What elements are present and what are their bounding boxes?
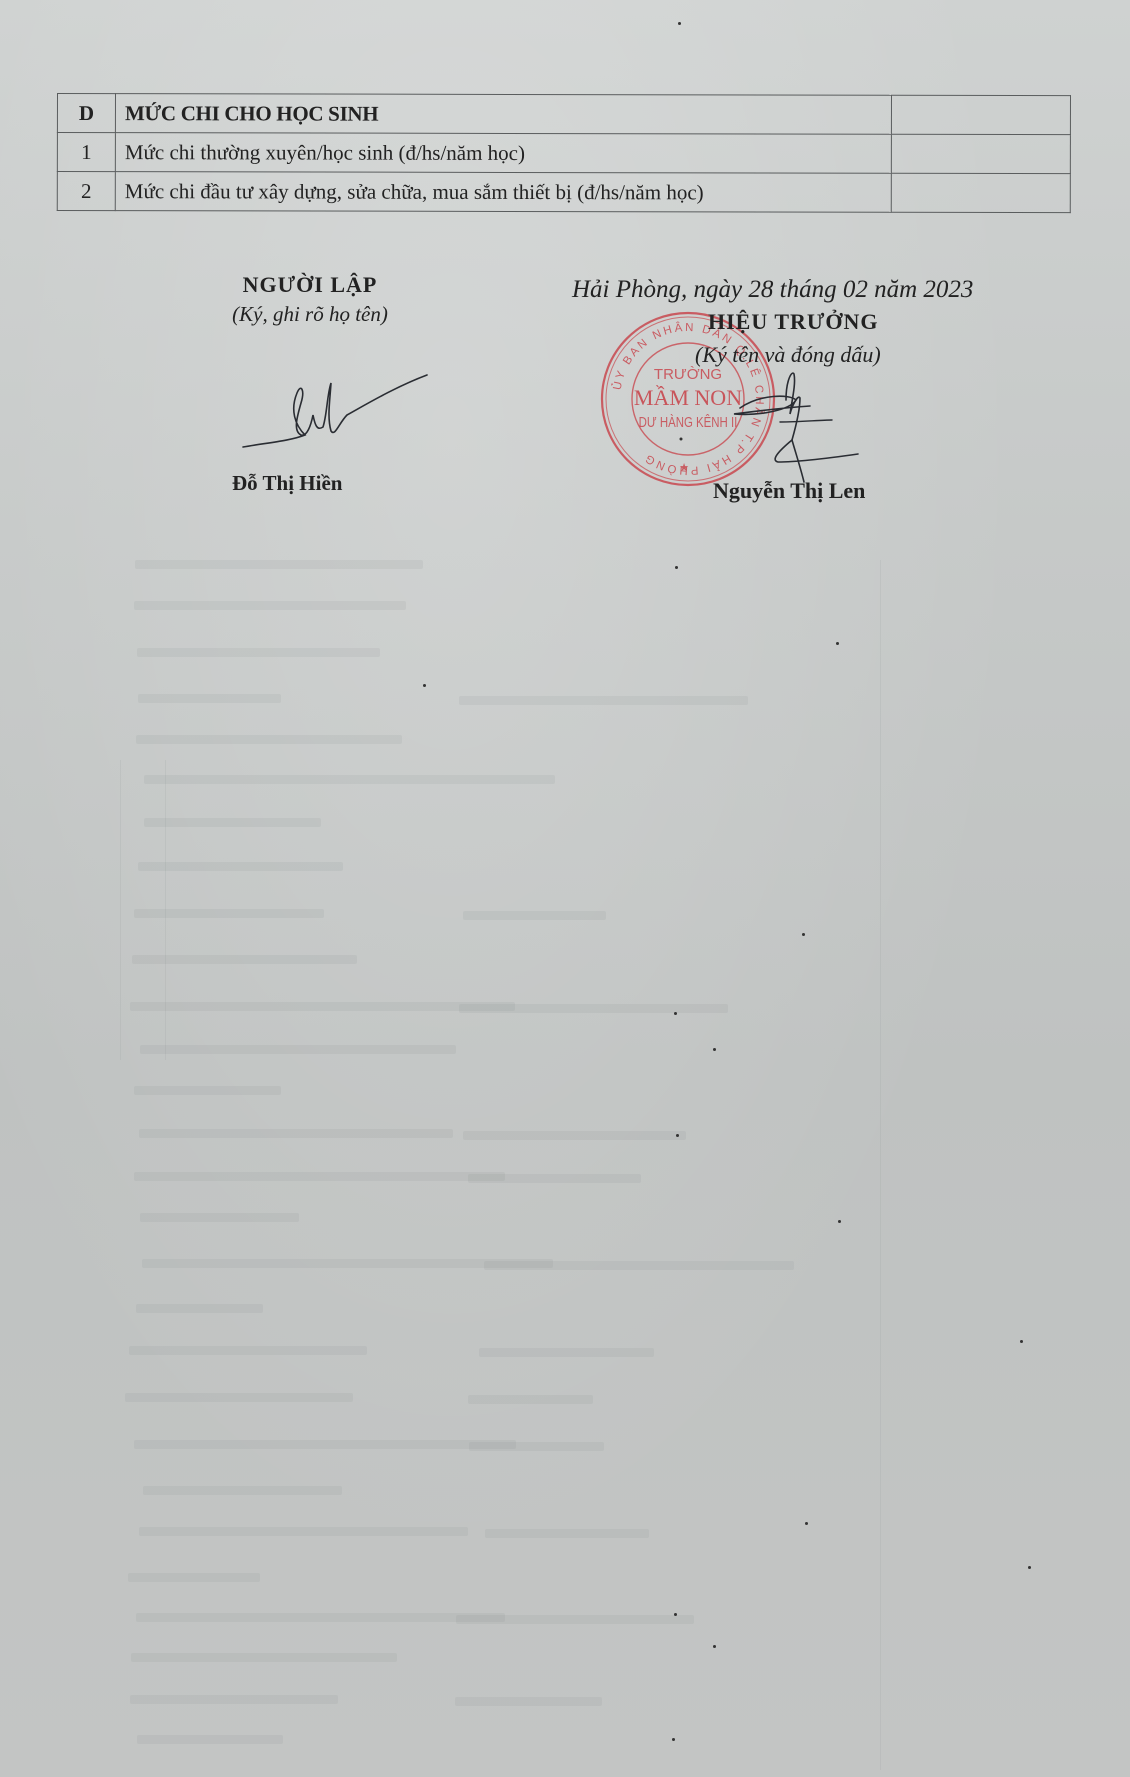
table-row: 2 Mức chi đầu tư xây dựng, sửa chữa, mua… (57, 172, 1070, 213)
principal-signature-icon (720, 370, 870, 490)
paper-speck (672, 1738, 675, 1741)
preparer-signature-block: NGƯỜI LẬP (Ký, ghi rõ họ tên) (160, 272, 460, 327)
paper-speck (423, 684, 426, 687)
svg-text:TRƯỜNG: TRƯỜNG (654, 366, 722, 383)
paper-speck (676, 1134, 679, 1137)
row-content: Mức chi thường xuyên/học sinh (đ/hs/năm … (115, 133, 891, 174)
principal-title: HIỆU TRƯỞNG (708, 309, 879, 335)
paper-speck (805, 1522, 808, 1525)
row-number: D (57, 94, 115, 133)
paper-background (0, 0, 1130, 1777)
preparer-note: (Ký, ghi rõ họ tên) (160, 302, 460, 327)
row-content: Mức chi đầu tư xây dựng, sửa chữa, mua s… (115, 172, 891, 213)
row-content: MỨC CHI CHO HỌC SINH (115, 94, 891, 135)
paper-speck (674, 1012, 677, 1015)
paper-speck (1028, 1566, 1031, 1569)
expenditure-table: D MỨC CHI CHO HỌC SINH 1 Mức chi thường … (57, 93, 1071, 213)
paper-speck (802, 933, 805, 936)
paper-speck (675, 566, 678, 569)
preparer-name: Đỗ Thị Hiền (232, 471, 342, 496)
row-number: 2 (57, 172, 115, 211)
svg-text:★: ★ (679, 462, 689, 474)
principal-note: (Ký tên và đóng dấu) (695, 342, 881, 368)
paper-speck (678, 22, 681, 25)
row-value (891, 134, 1070, 173)
principal-name: Nguyễn Thị Len (713, 478, 865, 504)
row-value (891, 95, 1070, 134)
preparer-signature-icon (235, 355, 435, 455)
paper-speck (674, 1613, 677, 1616)
paper-speck (713, 1048, 716, 1051)
row-number: 1 (57, 133, 115, 172)
table-row-section-d: D MỨC CHI CHO HỌC SINH (57, 94, 1070, 135)
place-date-line: Hải Phòng, ngày 28 tháng 02 năm 2023 (572, 276, 973, 304)
paper-speck (838, 1220, 841, 1223)
paper-speck (713, 1645, 716, 1648)
paper-speck (1020, 1340, 1023, 1343)
table-row: 1 Mức chi thường xuyên/học sinh (đ/hs/nă… (57, 133, 1070, 174)
row-value (891, 173, 1070, 212)
preparer-title: NGƯỜI LẬP (160, 272, 460, 298)
paper-speck (836, 642, 839, 645)
